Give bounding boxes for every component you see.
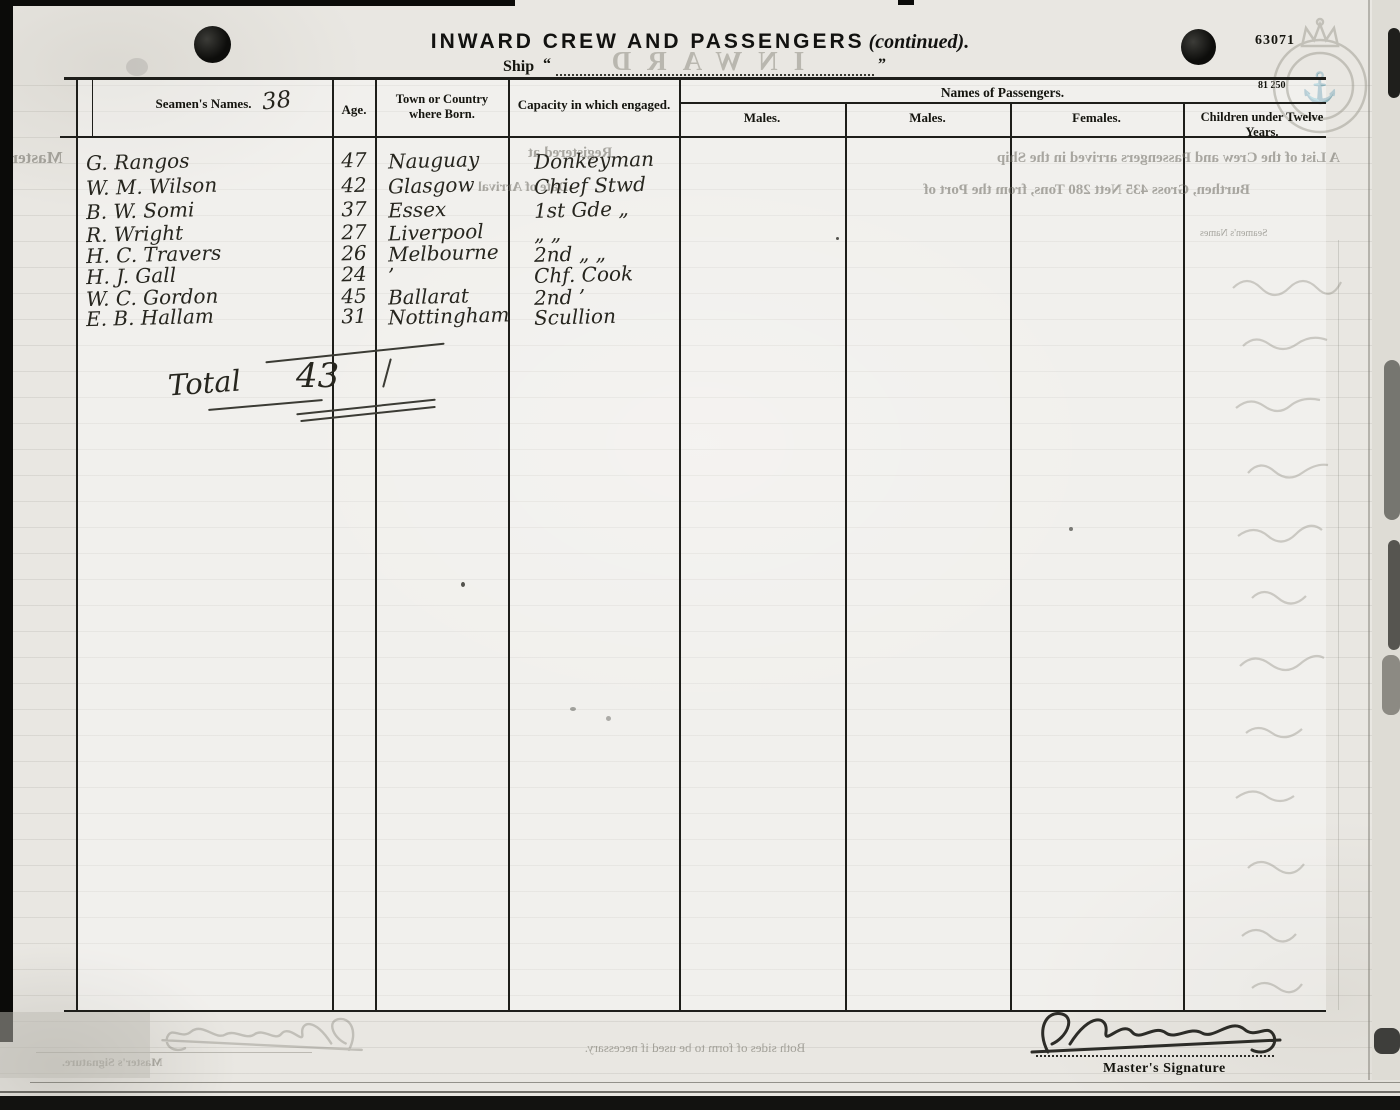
ship-label: Ship (503, 58, 534, 76)
seaman-age: 31 (328, 303, 381, 328)
col-line-capacity (508, 79, 510, 1011)
total-label: Total (167, 364, 242, 403)
seaman-capacity: Donkeyman (534, 146, 680, 174)
punch-hole-left (194, 26, 231, 63)
paper-stain (126, 58, 148, 76)
handwritten-count: 38 (261, 87, 293, 116)
edge-shadow (1382, 655, 1400, 715)
header-capacity: Capacity in which engaged. (510, 97, 678, 113)
seaman-age: 42 (328, 172, 381, 197)
show-through-master: Master. (8, 148, 63, 168)
header-inner-rule (92, 80, 93, 137)
ship-name-blank (556, 58, 874, 76)
ship-close-quote: ” (878, 56, 886, 74)
ship-open-quote: “ (543, 56, 551, 74)
header-town-line1: Town or Country (377, 92, 507, 107)
header-age: Age. (333, 102, 375, 118)
table-left-border (76, 77, 78, 1012)
ink-speck (570, 707, 576, 711)
header-town-line2: where Born. (377, 107, 507, 122)
seaman-birthplace: Nauguay (388, 146, 507, 173)
show-through-signature-scrawl (148, 1004, 373, 1062)
passenger-banner-separator (679, 102, 1326, 104)
paper-stack-edge-line (30, 1082, 1400, 1083)
ink-speck (1069, 527, 1073, 531)
seaman-age: 37 (328, 196, 381, 221)
seaman-age: 47 (328, 147, 381, 172)
col-line-females (1010, 103, 1012, 1011)
masters-signature-scrawl (1008, 1000, 1308, 1062)
edge-shadow (1388, 540, 1400, 650)
header-bottom-border (60, 136, 1326, 138)
punch-hole-right (1181, 29, 1216, 65)
edge-shadow (1388, 28, 1400, 98)
title-continued: (continued). (869, 31, 970, 53)
show-through-list-line: A List of the Crew and Passengers arrive… (690, 150, 1340, 167)
paper-stack-edge-line (0, 1091, 1400, 1093)
header-males-2: Males. (847, 110, 1008, 126)
signature-line (1036, 1055, 1274, 1057)
table-top-border (64, 77, 1326, 80)
header-children: Children under Twelve Years. (1187, 110, 1337, 140)
col-line-males2 (845, 103, 847, 1011)
seaman-birthplace: Nottingham (388, 302, 507, 329)
col-line-children (1183, 103, 1185, 1011)
total-value: 43 (296, 356, 339, 396)
scanned-crew-manifest-page: INWARD INWARD CREW AND PASSENGERS (conti… (0, 0, 1400, 1110)
edge-shadow (1374, 1028, 1400, 1054)
header-passengers-banner: Names of Passengers. (679, 85, 1326, 101)
header-females: Females. (1012, 110, 1181, 126)
scan-edge-top (0, 0, 515, 6)
bottom-left-shading (0, 1012, 150, 1078)
seaman-capacity: Scullion (534, 302, 680, 330)
show-through-both-sides-note: Both sides of form to be used if necessa… (505, 1040, 885, 1056)
edge-shadow (1384, 360, 1400, 520)
ink-speck (461, 582, 465, 587)
show-through-burthen-line: Burthen, Gross 435 Nett 280 Tons, from t… (690, 182, 1250, 199)
ink-speck (836, 237, 839, 240)
title-main: INWARD CREW AND PASSENGERS (431, 30, 865, 53)
seaman-birthplace: Glasgow (388, 171, 507, 198)
scan-edge-left (0, 0, 13, 1042)
show-through-seamens-names: Seamen's Names (1200, 228, 1268, 239)
show-through-handwriting-column (1218, 268, 1353, 1008)
scan-edge-bottom (0, 1096, 1400, 1110)
page-fold-line (1368, 0, 1370, 1080)
ink-speck (606, 716, 611, 721)
header-males-1: Males. (681, 110, 843, 126)
masters-signature-label: Master's Signature (1103, 1061, 1226, 1077)
scan-edge-top-mark (898, 0, 914, 5)
